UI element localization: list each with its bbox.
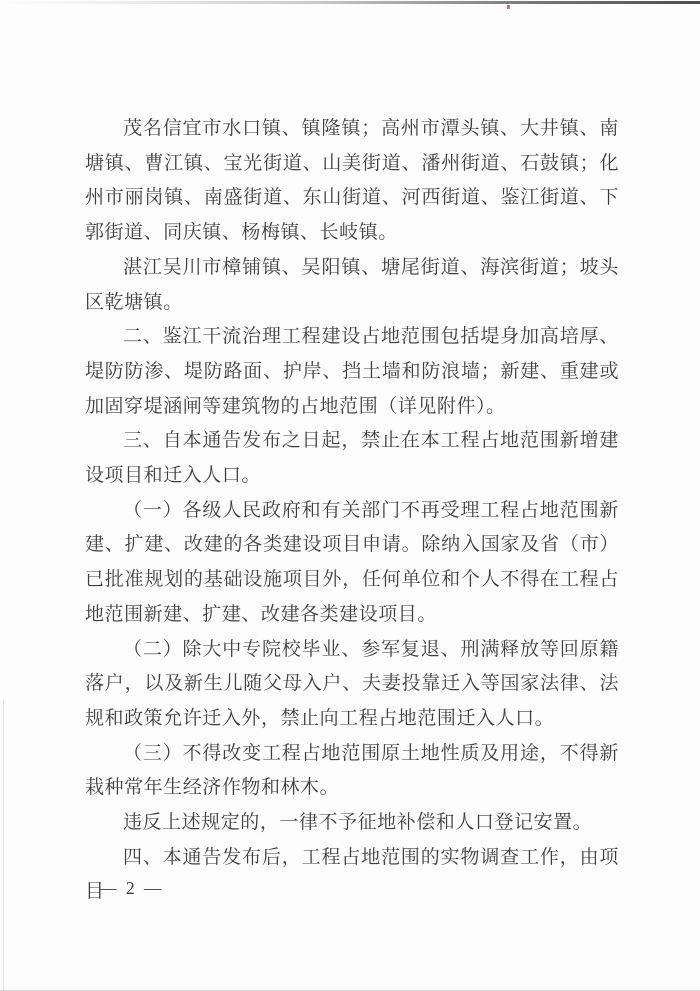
paragraph-violation-clause: 违反上述规定的，一律不予征地补偿和人口登记安置。 [85, 806, 619, 841]
paragraph-item-3-prohibition: 三、自本通告发布之日起，禁止在本工程占地范围新增建设项目和迁入人口。 [85, 424, 619, 493]
paragraph-item-3-2-population: （二）除大中专院校毕业、参军复退、刑满释放等回原籍落户，以及新生儿随父母入户、夫… [85, 633, 619, 737]
scan-artifact-speck [507, 5, 510, 9]
paragraph-towns-maoming: 茂名信宜市水口镇、镇隆镇；高州市潭头镇、大井镇、南塘镇、曹江镇、宝光街道、山美街… [85, 112, 619, 251]
document-body: 茂名信宜市水口镇、镇隆镇；高州市潭头镇、大井镇、南塘镇、曹江镇、宝光街道、山美街… [85, 112, 619, 910]
page-number: — 2 — [99, 878, 164, 899]
paragraph-towns-zhanjiang: 湛江吴川市樟铺镇、吴阳镇、塘尾街道、海滨街道；坡头区乾塘镇。 [85, 251, 619, 320]
paragraph-item-3-3-land-use: （三）不得改变工程占地范围原土地性质及用途，不得新栽种常年生经济作物和林木。 [85, 737, 619, 806]
paragraph-item-3-1-projects: （一）各级人民政府和有关部门不再受理工程占地范围新建、扩建、改建的各类建设项目申… [85, 494, 619, 633]
paragraph-item-4-survey: 四、本通告发布后，工程占地范围的实物调查工作，由项目 [85, 841, 619, 910]
scan-artifact-left-edge [3, 700, 4, 991]
scanned-document-page: 茂名信宜市水口镇、镇隆镇；高州市潭头镇、大井镇、南塘镇、曹江镇、宝光街道、山美街… [0, 0, 700, 991]
scan-artifact-top-edge [0, 1, 700, 4]
paragraph-item-2-scope: 二、鉴江干流治理工程建设占地范围包括堤身加高培厚、堤防防渗、堤防路面、护岸、挡土… [85, 320, 619, 424]
